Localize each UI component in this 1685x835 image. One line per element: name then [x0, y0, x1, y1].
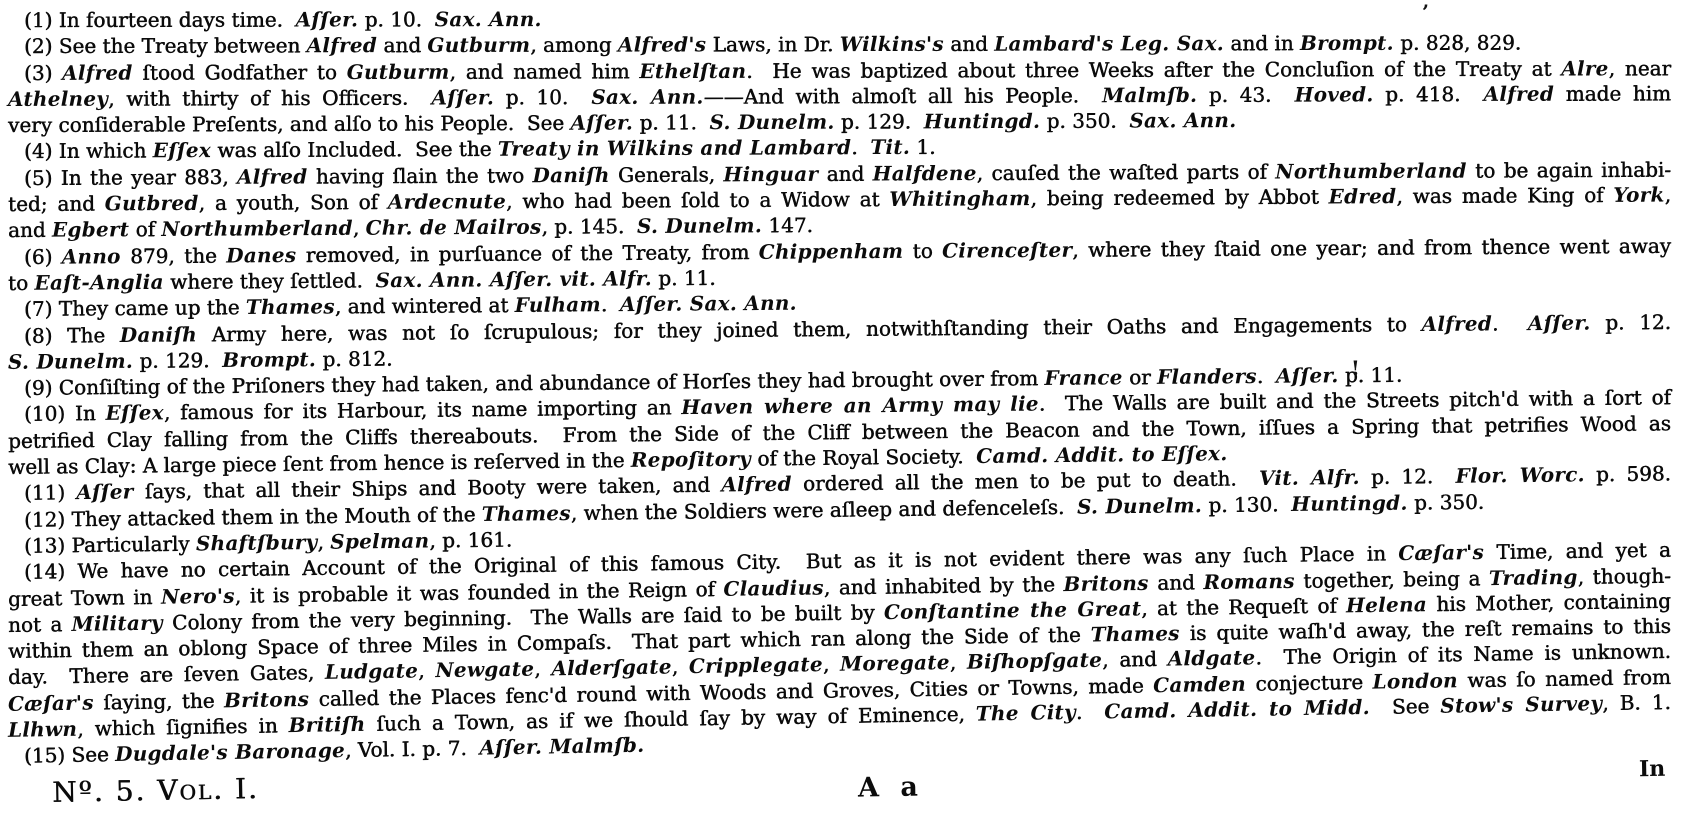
footnote-text: of the Royal Society. [751, 444, 977, 471]
footnote-text: was ſo named from [1458, 665, 1671, 692]
footnote-text: , which ſignifies in [77, 713, 289, 741]
citation-italic-text: Alfred's [618, 33, 706, 57]
citation-italic-text: Cæſar's [8, 690, 94, 715]
citation-italic-text: Cæſar's [1398, 540, 1484, 565]
footnote-text: , with thirty of his Officers. [108, 85, 431, 110]
footnote-text: of [129, 217, 161, 241]
footnote-text: where they ſettled. [164, 268, 376, 294]
citation-italic-text: Alderſgate [551, 655, 672, 681]
footnote-text: , a youth, Son of [199, 190, 388, 215]
footnote-text: ——And with almoſt all his People. [704, 83, 1103, 108]
footnote-text: , though- [1577, 563, 1671, 588]
footnote-text: , Vol. I. p. 7. [345, 736, 480, 762]
citation-italic-text: S. Dunelm. [709, 110, 834, 134]
citation-italic-text: Whitingham [889, 186, 1030, 211]
citation-italic-text: Tit. [870, 135, 910, 159]
footnote-text: p. 828, 829. [1394, 31, 1521, 55]
footnote-text: p. 12. [1360, 464, 1456, 489]
footnote-text: p. 11. [652, 266, 716, 290]
footnote-text: (6) [24, 244, 62, 268]
citation-italic-text: Athelney [8, 87, 108, 111]
footnote-text: , at the Requeſt of [1141, 593, 1346, 620]
citation-italic-text: Llhwn [8, 717, 78, 742]
citation-italic-text: Daniſh [120, 322, 197, 347]
citation-italic-text: Hinguar [723, 162, 818, 186]
footnote-text: having ſlain the two [307, 163, 532, 188]
citation-italic-text: Repoſitory [631, 447, 751, 472]
footnote-text: p. 129. [133, 348, 222, 373]
footnote-text: Time, and yet a [1484, 538, 1671, 565]
footnote-text: , [534, 657, 552, 681]
footnote-text: p. 418. [1374, 82, 1484, 106]
footnote-text: p. 10. [494, 85, 591, 109]
citation-italic-text: Thames [1090, 621, 1179, 646]
citation-italic-text: Moregate [840, 651, 950, 677]
footnote-text: . [601, 292, 620, 316]
footnote-text: , B. 1. [1602, 690, 1671, 715]
footnote-text: ted; and [8, 191, 105, 216]
citation-italic-text: Aſſer. [1528, 310, 1591, 335]
citation-italic-text: Ardecnute [388, 189, 506, 214]
footnote-text: , [353, 216, 366, 240]
citation-italic-text: Thames [482, 501, 571, 526]
footnote-text: p. 129. [834, 110, 923, 134]
footnote-text: (7) They came up the [24, 295, 246, 321]
citation-italic-text: Newgate [435, 657, 534, 683]
footnote-text: 879, the [121, 243, 227, 268]
footnote-text: to [903, 238, 942, 262]
footnote-text: , [950, 650, 968, 674]
footnote-text: not a [8, 612, 72, 637]
citation-italic-text: Eſſex [153, 139, 211, 163]
citation-italic-text: Egbert [52, 218, 129, 242]
scanned-book-page: (1) In fourteen days time. Aſſer. p. 10.… [0, 0, 1685, 835]
citation-italic-text: Gutbred [105, 191, 199, 216]
citation-italic-text: Alfred [1484, 82, 1555, 106]
footnote-text: very conſiderable Preſents, and alſo to … [8, 111, 571, 137]
citation-italic-text: Wilkins's [840, 32, 944, 56]
footnote-text: or [1123, 365, 1158, 389]
citation-italic-text: Helena [1346, 592, 1427, 617]
citation-italic-text: Gutburm [347, 59, 450, 83]
footnote-text: Laws, in Dr. [706, 32, 839, 56]
citation-italic-text: Shaftſbury [196, 530, 318, 556]
footnote-text: , [1665, 183, 1671, 207]
citation-italic-text: S. Dunelm. [1077, 493, 1202, 519]
footnote-text: (3) [24, 60, 62, 84]
citation-italic-text: Brompt. [222, 347, 316, 372]
footnote-text: (13) Particularly [24, 531, 196, 557]
citation-italic-text: Military [71, 610, 163, 635]
ink-speck: ! [1351, 356, 1360, 380]
citation-italic-text: Romans [1203, 568, 1295, 593]
citation-italic-text: Sax. Ann. Aſſer. vit. Alfr. [375, 266, 652, 292]
citation-italic-text: London [1372, 668, 1458, 693]
footnote-text: , p. 145. [541, 214, 637, 239]
citation-italic-text: Camd. Addit. to Eſſex. [976, 441, 1228, 468]
footnote-text: (4) In which [24, 139, 153, 164]
footnote-text: (11) [24, 480, 77, 505]
footnote-text: p. 350. [1040, 109, 1129, 133]
citation-italic-text: Vit. Alfr. [1259, 465, 1360, 490]
footnote-text: 1. [910, 135, 936, 159]
citation-italic-text: Stow's Survey [1440, 691, 1602, 718]
footnote-text: day. There are ſeven Gates, [8, 660, 325, 689]
citation-italic-text: Eaſt-Anglia [34, 270, 163, 295]
citation-italic-text: Aſſer. [296, 7, 359, 31]
citation-italic-text: Malmſb. [1102, 83, 1197, 107]
citation-italic-text: Alfred [62, 60, 133, 84]
citation-italic-text: S. Dunelm. [637, 214, 762, 239]
citation-italic-text: Aſſer. Sax. Ann. [620, 291, 797, 316]
footnotes-text-block: (1) In fourteen days time. Aſſer. p. 10.… [0, 7, 1685, 770]
footnote-text: , famous for its Harbour, its name impor… [164, 396, 682, 425]
citation-italic-text: Trading [1489, 564, 1578, 589]
citation-italic-text: Alfred [721, 472, 792, 497]
citation-italic-text: Ludgate [325, 659, 419, 684]
citation-italic-text: Huntingd. [1291, 490, 1408, 515]
footnote-text: . [1492, 311, 1528, 335]
footnote-text: , and inhabited by the [824, 572, 1064, 599]
footnote-text: , among [530, 33, 618, 57]
citation-italic-text: Hoved. [1294, 82, 1373, 106]
catchword: In [1638, 756, 1665, 782]
page-footer: Nº. 5. Vol. I. A a In [0, 760, 1685, 835]
footnote-text: p. 10. [358, 7, 434, 31]
footnote-text: , and named him [449, 59, 639, 84]
footnote-text: , [672, 655, 690, 679]
footnote-text: (8) The [24, 323, 120, 348]
citation-italic-text: Fulham [515, 293, 601, 318]
citation-italic-text: Camden [1153, 671, 1246, 697]
footnote-text: p. 130. [1202, 492, 1291, 517]
citation-italic-text: The City [976, 700, 1077, 726]
footnote-text: , [317, 530, 330, 554]
footnote-text: great Town in [8, 584, 161, 610]
footnote-text: and [818, 161, 873, 185]
citation-italic-text: Lambard's Leg. Sax. [994, 31, 1224, 56]
footnote-text: p. 11. [1338, 363, 1402, 388]
citation-italic-text: Northumberland [161, 216, 353, 241]
citation-italic-text: Eſſex [105, 401, 164, 426]
footnote-text: (5) In the year 883, [24, 165, 237, 190]
footnote-text: p. 12. [1590, 309, 1671, 334]
citation-italic-text: Britons [224, 687, 310, 712]
footnote-text: . He was baptized about three Weeks afte… [746, 56, 1561, 82]
citation-italic-text: Britons [1063, 570, 1149, 595]
footnote-text: removed, in purſuance of the Treaty, fro… [296, 240, 759, 267]
citation-italic-text: Sax. Ann. [435, 7, 542, 31]
ink-speck: ’ [1422, 0, 1429, 24]
footnote-text: See [1370, 694, 1441, 719]
footnote-text: and [944, 32, 994, 56]
footnote-text: Generals, [610, 162, 724, 187]
footnote-text: , and wintered at [335, 293, 515, 318]
citation-italic-text: Aſſer. [1276, 363, 1339, 388]
citation-italic-text: Alfred [237, 164, 308, 188]
footnote-text: , and [1102, 647, 1168, 672]
footnote-text: to be again inhabi- [1467, 157, 1671, 182]
footnote-text: (1) In fourteen days time. [24, 7, 296, 31]
footnote-text: to [8, 271, 35, 295]
citation-italic-text: Britiſh [288, 712, 365, 737]
footnote-text: p. 11. [633, 110, 710, 134]
citation-italic-text: Danes [226, 243, 296, 267]
footnote-text: , [823, 652, 841, 676]
citation-italic-text: Thames [246, 295, 335, 320]
citation-italic-text: Haven where an Army may lie [681, 392, 1039, 420]
footnote-text: , who had been ſold to a Widow at [506, 187, 889, 213]
citation-italic-text: Aldgate [1167, 646, 1255, 671]
footnote-text: and [1148, 570, 1203, 595]
citation-italic-text: York [1613, 183, 1664, 207]
footnote-text: was alſo Included. See the [211, 137, 498, 162]
footnote-text: together, being a [1295, 566, 1489, 593]
footnote-text: . [1076, 699, 1105, 723]
citation-italic-text: Claudius [723, 575, 824, 600]
citation-italic-text: Aſſer. [431, 85, 494, 109]
footnote-text: (10) In [24, 401, 106, 426]
footnote-text: (2) See the Treaty between [24, 34, 307, 59]
footnote-text: p. 598. [1585, 462, 1671, 487]
footnote-text: and in [1224, 31, 1300, 55]
citation-italic-text: Chippenham [759, 239, 904, 264]
citation-italic-text: Flanders [1157, 364, 1257, 389]
footnote-text: 147. [762, 213, 813, 237]
footnote-text: , was made King of [1396, 183, 1613, 208]
citation-italic-text: Sax. Ann. [591, 84, 703, 108]
citation-italic-text: Alfred [1421, 311, 1492, 336]
citation-italic-text: Ethelſtan [639, 58, 746, 82]
citation-italic-text: Spelman [330, 528, 429, 553]
footnote-text: , near [1609, 56, 1671, 80]
citation-italic-text: Daniſh [532, 163, 609, 187]
citation-italic-text: Alfred [307, 33, 378, 57]
citation-italic-text: Biſhopſgate [967, 648, 1103, 674]
footnote-text: ſtood Godfather to [133, 60, 347, 85]
citation-italic-text: Halfdene [873, 161, 977, 186]
issue-volume-signature: Nº. 5. Vol. I. [52, 772, 259, 809]
citation-italic-text: Cripplegate [689, 652, 823, 678]
footnote-text: ſaying, the [94, 688, 225, 714]
citation-italic-text: Nero's [161, 583, 235, 608]
footnote-text: , [418, 659, 436, 683]
footnote-text: . [1257, 364, 1276, 388]
gathering-mark: A a [858, 771, 924, 803]
citation-italic-text: Anno [62, 244, 121, 268]
citation-italic-text: Conſtantine the Great [884, 596, 1142, 624]
footnote-text: and [377, 33, 427, 57]
footnote-text: conjecture [1246, 669, 1373, 695]
citation-italic-text: Aſſer [76, 480, 134, 505]
citation-italic-text: Sax. Ann. [1129, 108, 1236, 132]
citation-italic-text: France [1044, 365, 1123, 390]
citation-italic-text: Cirenceſter [942, 237, 1072, 262]
footnote-text: p. 812. [316, 346, 393, 371]
footnote-text: , cauſed the waſted parts of [977, 159, 1276, 185]
citation-italic-text: Edred [1329, 184, 1397, 208]
footnote-text: and [8, 218, 52, 242]
footnote-text: . [851, 136, 870, 160]
citation-italic-text: S. Dunelm. [8, 349, 133, 374]
footnote-text: , being redeemed by Abbot [1030, 185, 1328, 211]
citation-italic-text: Huntingd. [924, 109, 1041, 133]
citation-italic-text: Chr. de Mailros [365, 215, 541, 240]
citation-italic-text: Aſſer. Malmſb. [479, 733, 644, 760]
citation-italic-text: Gutburm [427, 33, 530, 57]
footnote-text: , p. 161. [429, 527, 512, 552]
citation-italic-text: Northumberland [1275, 158, 1467, 183]
citation-italic-text: Brompt. [1300, 31, 1394, 55]
citation-italic-text: Aſſer. [570, 111, 633, 135]
footnote-text: p. 350. [1408, 489, 1485, 514]
footnote-text: his Mother, containing [1427, 588, 1671, 616]
footnote-text: , where they ſtaid one year; and from th… [1072, 233, 1671, 261]
footnote-text: made him [1554, 81, 1671, 105]
citation-italic-text: Alre [1561, 56, 1608, 80]
citation-italic-text: Treaty in Wilkins and Lambard [498, 136, 852, 162]
citation-italic-text: Flor. Worc. [1455, 463, 1585, 489]
footnote-text: p. 43. [1197, 82, 1294, 106]
